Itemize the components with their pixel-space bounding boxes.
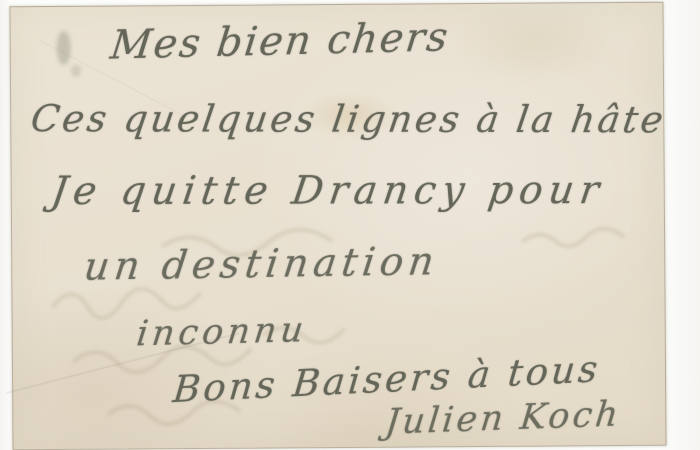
pencil-smudge [71,65,81,77]
pencil-smudge [57,31,71,65]
handwritten-line-5: inconnu [134,310,309,354]
handwritten-signature: Julien Koch [383,394,623,442]
handwritten-line-greeting: Mes bien chers [108,14,452,68]
scanned-note-photo: Mes bien chers Ces quelques lignes à la … [0,0,700,450]
handwritten-line-4: un destination [81,239,441,290]
note-paper: Mes bien chers Ces quelques lignes à la … [9,2,666,450]
handwritten-line-2: Ces quelques lignes à la hâte [28,97,669,141]
handwritten-line-3: Je quitte Drancy pour [49,168,608,214]
